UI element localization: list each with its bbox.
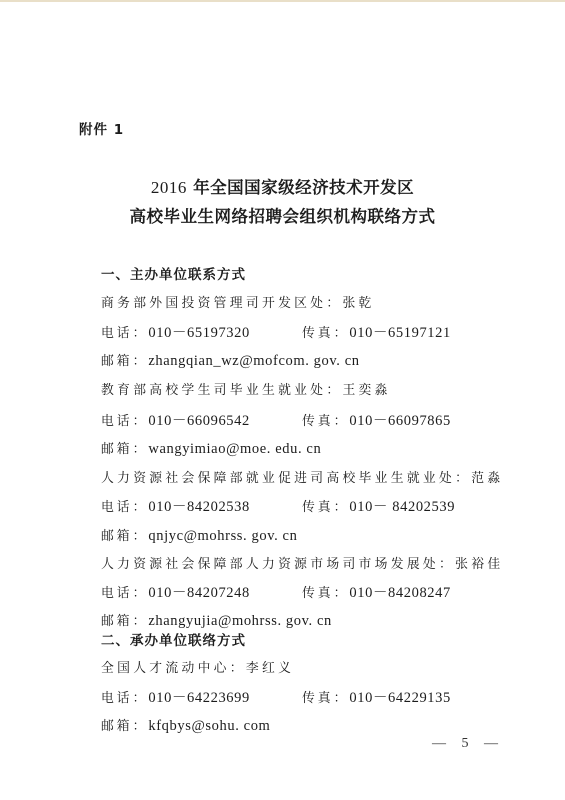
contact-phone: 电话：010－84202538 (101, 495, 250, 516)
contact-phone: 电话：010－65197320 (101, 321, 250, 342)
document-title-line-2: 高校毕业生网络招聘会组织机构联络方式 (0, 203, 565, 227)
contact-fax: 传真：010－ 84202539 (302, 495, 455, 516)
email-value: zhangyujia@mohrss. gov. cn (148, 613, 331, 629)
contact-fax: 传真：010－84208247 (302, 581, 451, 602)
contact-email: 邮箱：zhangqian_wz@mofcom. gov. cn (101, 350, 360, 370)
fax-value: 010－ 84202539 (349, 499, 455, 515)
phone-value: 010－64223699 (148, 690, 249, 706)
section-heading-host: 一、主办单位联系方式 (101, 263, 246, 283)
phone-value: 010－65197320 (148, 325, 249, 341)
email-label: 邮箱： (101, 529, 148, 544)
fax-value: 010－64229135 (349, 690, 450, 706)
email-label: 邮箱： (101, 354, 148, 369)
attachment-label: 附件 1 (79, 118, 124, 138)
contact-phone: 电话：010－84207248 (101, 581, 250, 602)
contact-fax: 传真：010－65197121 (302, 321, 451, 342)
contact-unit: 人力资源社会保障部就业促进司高校毕业生就业处：范淼 (101, 467, 503, 486)
phone-label: 电话： (101, 586, 148, 601)
email-label: 邮箱： (101, 442, 148, 457)
section-heading-organizer: 二、承办单位联络方式 (101, 629, 246, 649)
page-top-edge (0, 0, 565, 2)
email-value: kfqbys@sohu. com (148, 718, 270, 734)
fax-value: 010－84208247 (349, 585, 450, 601)
phone-value: 010－84207248 (148, 585, 249, 601)
contact-fax: 传真：010－66097865 (302, 409, 451, 430)
fax-value: 010－66097865 (349, 413, 450, 429)
document-title-line-1: 2016 年全国国家级经济技术开发区 (0, 174, 565, 198)
email-value: wangyimiao@moe. edu. cn (148, 441, 321, 457)
phone-value: 010－66096542 (148, 413, 249, 429)
fax-label: 传真： (302, 326, 349, 341)
contact-email: 邮箱：zhangyujia@mohrss. gov. cn (101, 610, 332, 630)
contact-phone: 电话：010－64223699 (101, 686, 250, 707)
phone-label: 电话： (101, 500, 148, 515)
email-value: qnjyc@mohrss. gov. cn (148, 528, 297, 544)
email-label: 邮箱： (101, 614, 148, 629)
email-value: zhangqian_wz@mofcom. gov. cn (148, 353, 359, 369)
contact-phone: 电话：010－66096542 (101, 409, 250, 430)
phone-label: 电话： (101, 414, 148, 429)
fax-label: 传真： (302, 500, 349, 515)
contact-email: 邮箱：qnjyc@mohrss. gov. cn (101, 525, 297, 545)
phone-label: 电话： (101, 691, 148, 706)
phone-value: 010－84202538 (148, 499, 249, 515)
fax-label: 传真： (302, 586, 349, 601)
title-year: 2016 (151, 178, 187, 197)
page-number: — 5 — (432, 736, 504, 752)
email-label: 邮箱： (101, 719, 148, 734)
contact-email: 邮箱：wangyimiao@moe. edu. cn (101, 438, 321, 458)
contact-unit: 教育部高校学生司毕业生就业处：王奕淼 (101, 379, 391, 398)
phone-label: 电话： (101, 326, 148, 341)
title-line-1-text: 年全国国家级经济技术开发区 (187, 178, 414, 197)
contact-fax: 传真：010－64229135 (302, 686, 451, 707)
contact-unit: 人力资源社会保障部人力资源市场司市场发展处：张裕佳 (101, 553, 503, 572)
fax-label: 传真： (302, 691, 349, 706)
contact-unit: 全国人才流动中心：李红义 (101, 657, 294, 676)
fax-label: 传真： (302, 414, 349, 429)
fax-value: 010－65197121 (349, 325, 450, 341)
contact-email: 邮箱：kfqbys@sohu. com (101, 715, 270, 735)
contact-unit: 商务部外国投资管理司开发区处：张乾 (101, 292, 375, 311)
